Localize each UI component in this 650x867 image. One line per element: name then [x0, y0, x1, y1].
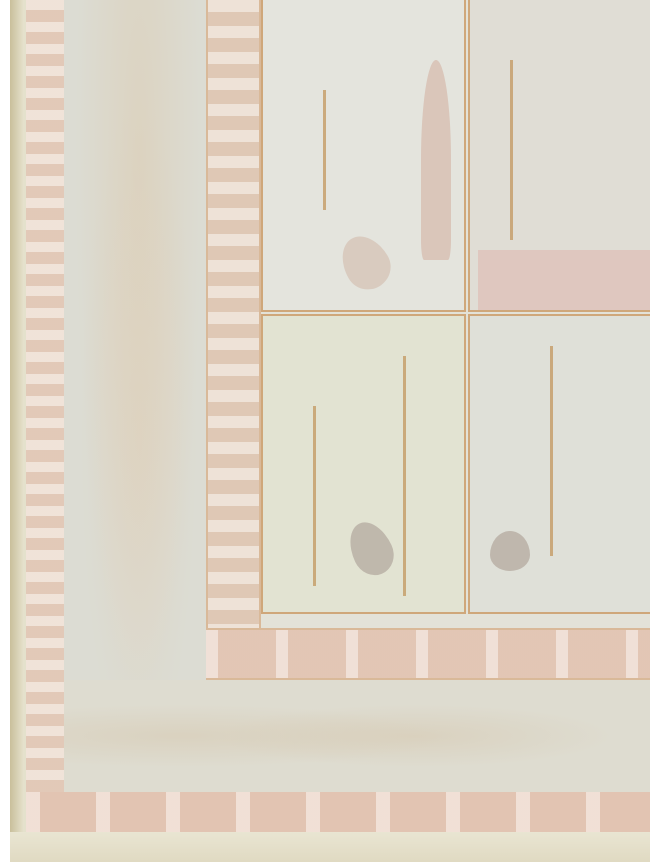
pink-panel-area: [478, 250, 650, 310]
main-border-left: [64, 0, 214, 792]
tree-motif: [550, 346, 553, 556]
rug-bottom-edge: [10, 832, 650, 862]
outer-guard-border-bottom: [26, 792, 650, 832]
bird-motif: [490, 531, 530, 571]
panel-top-right: [468, 0, 650, 312]
tree-motif: [403, 356, 406, 596]
panel-top-left: [261, 0, 466, 312]
outer-guard-border-left: [26, 0, 64, 832]
cypress-tree-motif: [421, 60, 451, 260]
rug-field: [261, 0, 650, 628]
inner-guard-border-left: [206, 0, 261, 680]
panel-bottom-right: [468, 314, 650, 614]
tree-motif: [510, 60, 513, 240]
rug: [10, 0, 650, 862]
panel-bottom-left: [261, 314, 466, 614]
tree-motif: [323, 90, 326, 210]
bird-motif: [341, 515, 400, 582]
tree-motif: [313, 406, 316, 586]
main-border-bottom: [64, 680, 650, 792]
inner-guard-border-bottom: [206, 628, 650, 680]
rug-selvedge: [10, 0, 24, 862]
bird-motif: [332, 227, 398, 297]
